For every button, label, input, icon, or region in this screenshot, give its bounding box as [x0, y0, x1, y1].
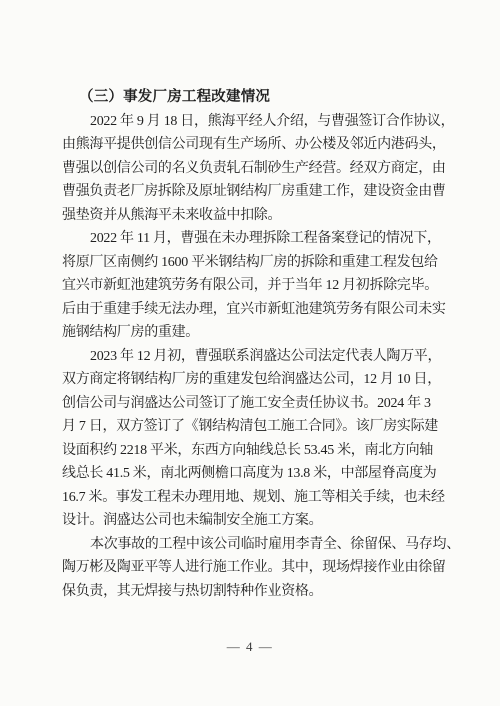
text-line: 设计。润盛达公司也未编制安全施工方案。	[62, 509, 450, 533]
text-line: 2023 年 12 月初，曹强联系润盛达公司法定代表人陶万平，	[62, 345, 450, 369]
page-number: — 4 —	[0, 639, 500, 655]
text-line: 2022 年 9 月 18 日，熊海平经人介绍，与曹强签订合作协议，	[62, 110, 450, 134]
text-line: 保负责，其无焊接与热切割特种作业资格。	[62, 580, 450, 604]
text-line: 陶万彬及陶亚平等人进行施工作业。其中，现场焊接作业由徐留	[62, 556, 450, 580]
text-line: 2022 年 11 月，曹强在未办理拆除工程备案登记的情况下，	[62, 227, 450, 251]
document-page: （三）事发厂房工程改建情况 2022 年 9 月 18 日，熊海平经人介绍，与曹…	[0, 0, 500, 706]
text-line: 本次事故的工程中该公司临时雇用李青全、徐留保、马存均、	[62, 533, 450, 557]
text-line: 将原厂区南侧约 1600 平米钢结构厂房的拆除和重建工程发包给	[62, 251, 450, 275]
text-line: 由熊海平提供创信公司现有生产场所、办公楼及邻近内港码头，	[62, 133, 450, 157]
text-line: 月 7 日，双方签订了《钢结构清包工施工合同》。该厂房实际建	[62, 415, 450, 439]
document-body: （三）事发厂房工程改建情况 2022 年 9 月 18 日，熊海平经人介绍，与曹…	[62, 86, 450, 603]
text-line: 16.7 米。事发工程未办理用地、规划、施工等相关手续，也未经	[62, 486, 450, 510]
text-line: 设面积约 2218 平米，东西方向轴线总长 53.45 米，南北方向轴	[62, 439, 450, 463]
text-line: 曹强以创信公司的名义负责轧石制砂生产经营。经双方商定，由	[62, 157, 450, 181]
text-line: 施钢结构厂房的重建。	[62, 321, 450, 345]
text-line: 双方商定将钢结构厂房的重建发包给润盛达公司，12 月 10 日，	[62, 368, 450, 392]
text-line: 创信公司与润盛达公司签订了施工安全责任协议书。2024 年 3	[62, 392, 450, 416]
text-line: 曹强负责老厂房拆除及原址钢结构厂房重建工作，建设资金由曹	[62, 180, 450, 204]
text-line: 宜兴市新虹池建筑劳务有限公司，并于当年 12 月初拆除完毕。	[62, 274, 450, 298]
text-line: 强垫资并从熊海平未来收益中扣除。	[62, 204, 450, 228]
text-line: 后由于重建手续无法办理，宜兴市新虹池建筑劳务有限公司未实	[62, 298, 450, 322]
text-line: 线总长 41.5 米，南北两侧檐口高度为 13.8 米，中部屋脊高度为	[62, 462, 450, 486]
section-heading: （三）事发厂房工程改建情况	[62, 86, 450, 110]
